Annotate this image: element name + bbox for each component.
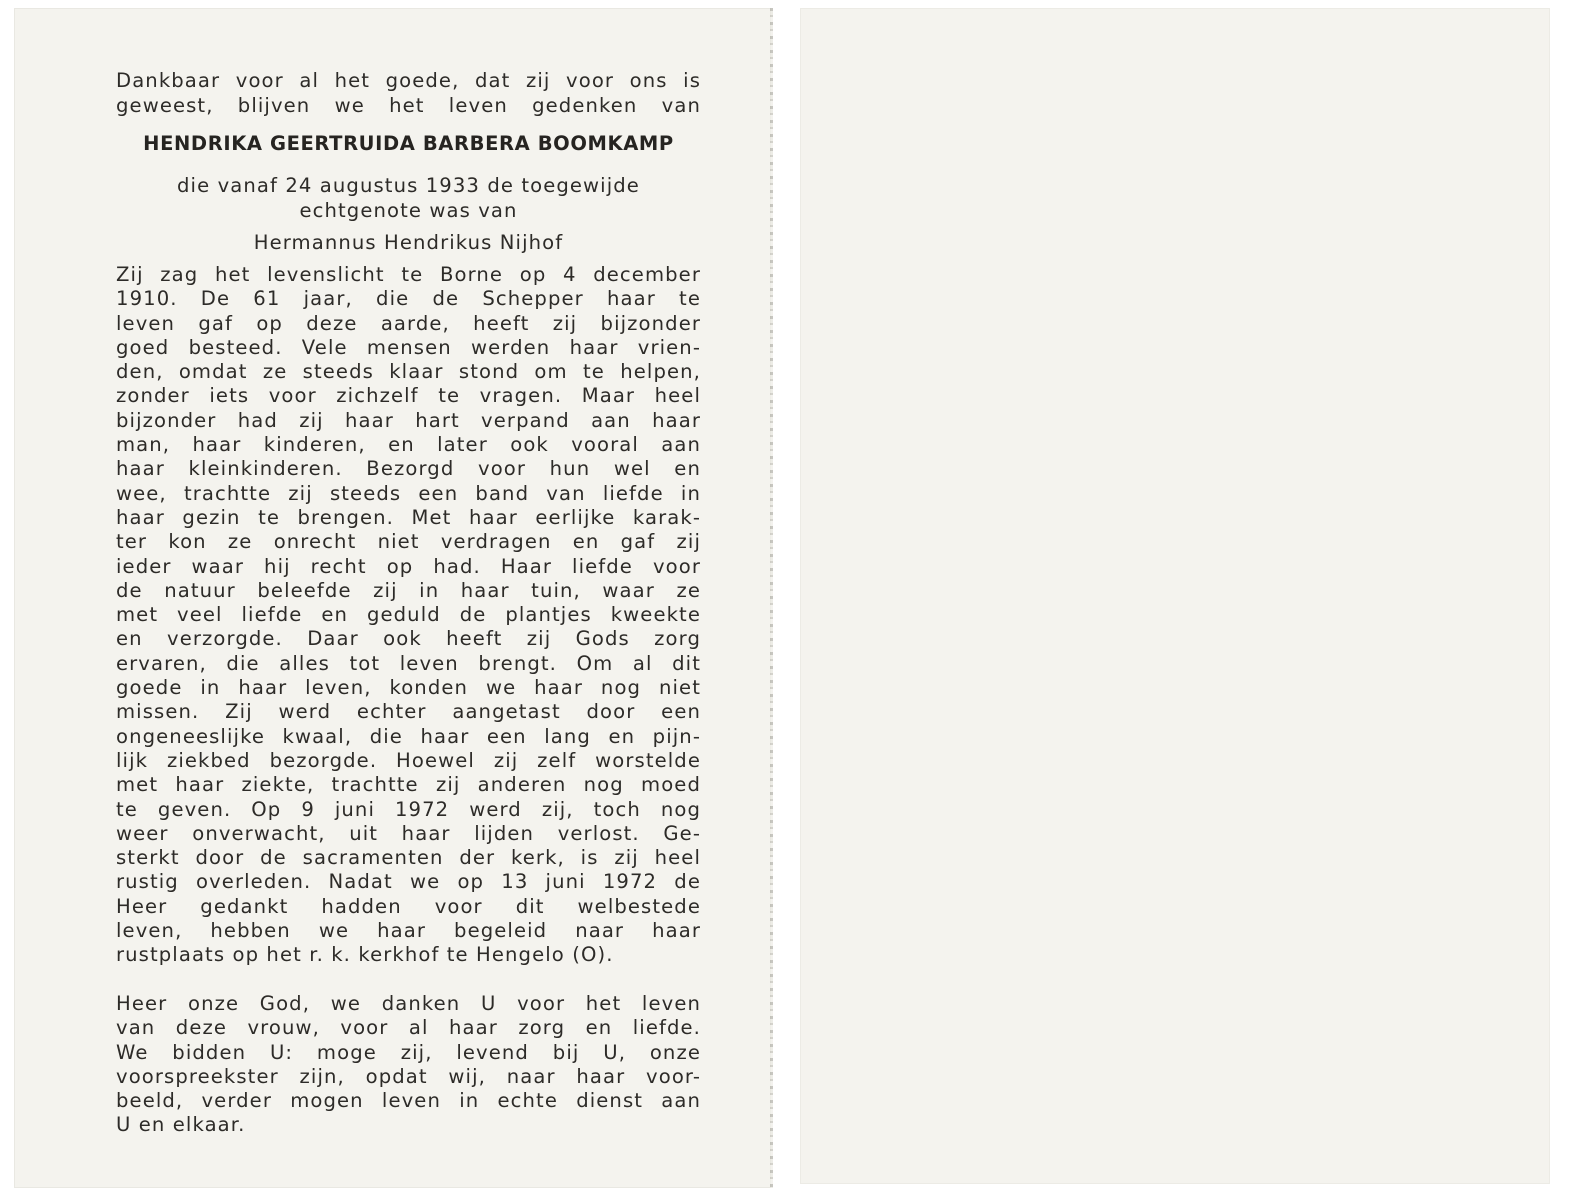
spouse-name: Hermannus Hendrikus Nijhof	[116, 231, 701, 254]
memorial-card-blank-side	[800, 8, 1550, 1184]
text-line: beeld, verder mogen leven in echte diens…	[116, 1089, 701, 1113]
text-line: U en elkaar.	[116, 1113, 701, 1137]
text-line: ieder waar hij recht op had. Haar liefde…	[116, 555, 701, 579]
text-line: sterkt door de sacramenten der kerk, is …	[116, 846, 701, 870]
text-line: 1910. De 61 jaar, die de Schepper haar t…	[116, 287, 701, 311]
prayer-text: Heer onze God, we danken U voor het leve…	[116, 992, 701, 1138]
text-line: Heer onze God, we danken U voor het leve…	[116, 992, 701, 1016]
text-line: leven gaf op deze aarde, heeft zij bijzo…	[116, 312, 701, 336]
text-line: We bidden U: moge zij, levend bij U, onz…	[116, 1041, 701, 1065]
text-line: ongeneeslijke kwaal, die haar een lang e…	[116, 725, 701, 749]
intro-line: Dankbaar voor al het goede, dat zij voor…	[116, 69, 701, 94]
memorial-card-text-side: Dankbaar voor al het goede, dat zij voor…	[14, 8, 771, 1188]
text-line: ervaren, die alles tot leven brengt. Om …	[116, 652, 701, 676]
text-line: te geven. Op 9 juni 1972 werd zij, toch …	[116, 798, 701, 822]
text-line: met haar ziekte, trachtte zij anderen no…	[116, 773, 701, 797]
biography-text: Zij zag het levenslicht te Borne op 4 de…	[116, 263, 701, 968]
text-line: van deze vrouw, voor al haar zorg en lie…	[116, 1016, 701, 1040]
text-line: voorspreekster zijn, opdat wij, naar haa…	[116, 1065, 701, 1089]
text-line: Heer gedankt hadden voor dit welbestede	[116, 895, 701, 919]
text-line: met veel liefde en geduld de plantjes kw…	[116, 603, 701, 627]
married-line: echtgenote was van	[116, 198, 701, 223]
deceased-name: HENDRIKA GEERTRUIDA BARBERA BOOMKAMP	[116, 132, 701, 155]
text-line: goede in haar leven, konden we haar nog …	[116, 676, 701, 700]
text-line: leven, hebben we haar begeleid naar haar	[116, 919, 701, 943]
text-line: goed besteed. Vele mensen werden haar vr…	[116, 336, 701, 360]
text-line: weer onverwacht, uit haar lijden verlost…	[116, 822, 701, 846]
text-line: man, haar kinderen, en later ook vooral …	[116, 433, 701, 457]
intro-line: geweest, blijven we het leven gedenken v…	[116, 94, 701, 119]
text-line: en verzorgde. Daar ook heeft zij Gods zo…	[116, 627, 701, 651]
married-line: die vanaf 24 augustus 1933 de toegewijde	[116, 173, 701, 198]
text-line: haar kleinkinderen. Bezorgd voor hun wel…	[116, 457, 701, 481]
text-line: bijzonder had zij haar hart verpand aan …	[116, 409, 701, 433]
text-line: de natuur beleefde zij in haar tuin, waa…	[116, 579, 701, 603]
text-line: Zij zag het levenslicht te Borne op 4 de…	[116, 263, 701, 287]
text-line: missen. Zij werd echter aangetast door e…	[116, 700, 701, 724]
married-text: die vanaf 24 augustus 1933 de toegewijde…	[116, 173, 701, 223]
text-line: lijk ziekbed bezorgde. Hoewel zij zelf w…	[116, 749, 701, 773]
text-line: ter kon ze onrecht niet verdragen en gaf…	[116, 530, 701, 554]
text-line: haar gezin te brengen. Met haar eerlijke…	[116, 506, 701, 530]
intro-text: Dankbaar voor al het goede, dat zij voor…	[116, 69, 701, 118]
text-line: wee, trachtte zij steeds een band van li…	[116, 482, 701, 506]
text-line: den, omdat ze steeds klaar stond om te h…	[116, 360, 701, 384]
text-line: rustplaats op het r. k. kerkhof te Henge…	[116, 943, 701, 967]
text-line: zonder iets voor zichzelf te vragen. Maa…	[116, 384, 701, 408]
text-line: rustig overleden. Nadat we op 13 juni 19…	[116, 870, 701, 894]
